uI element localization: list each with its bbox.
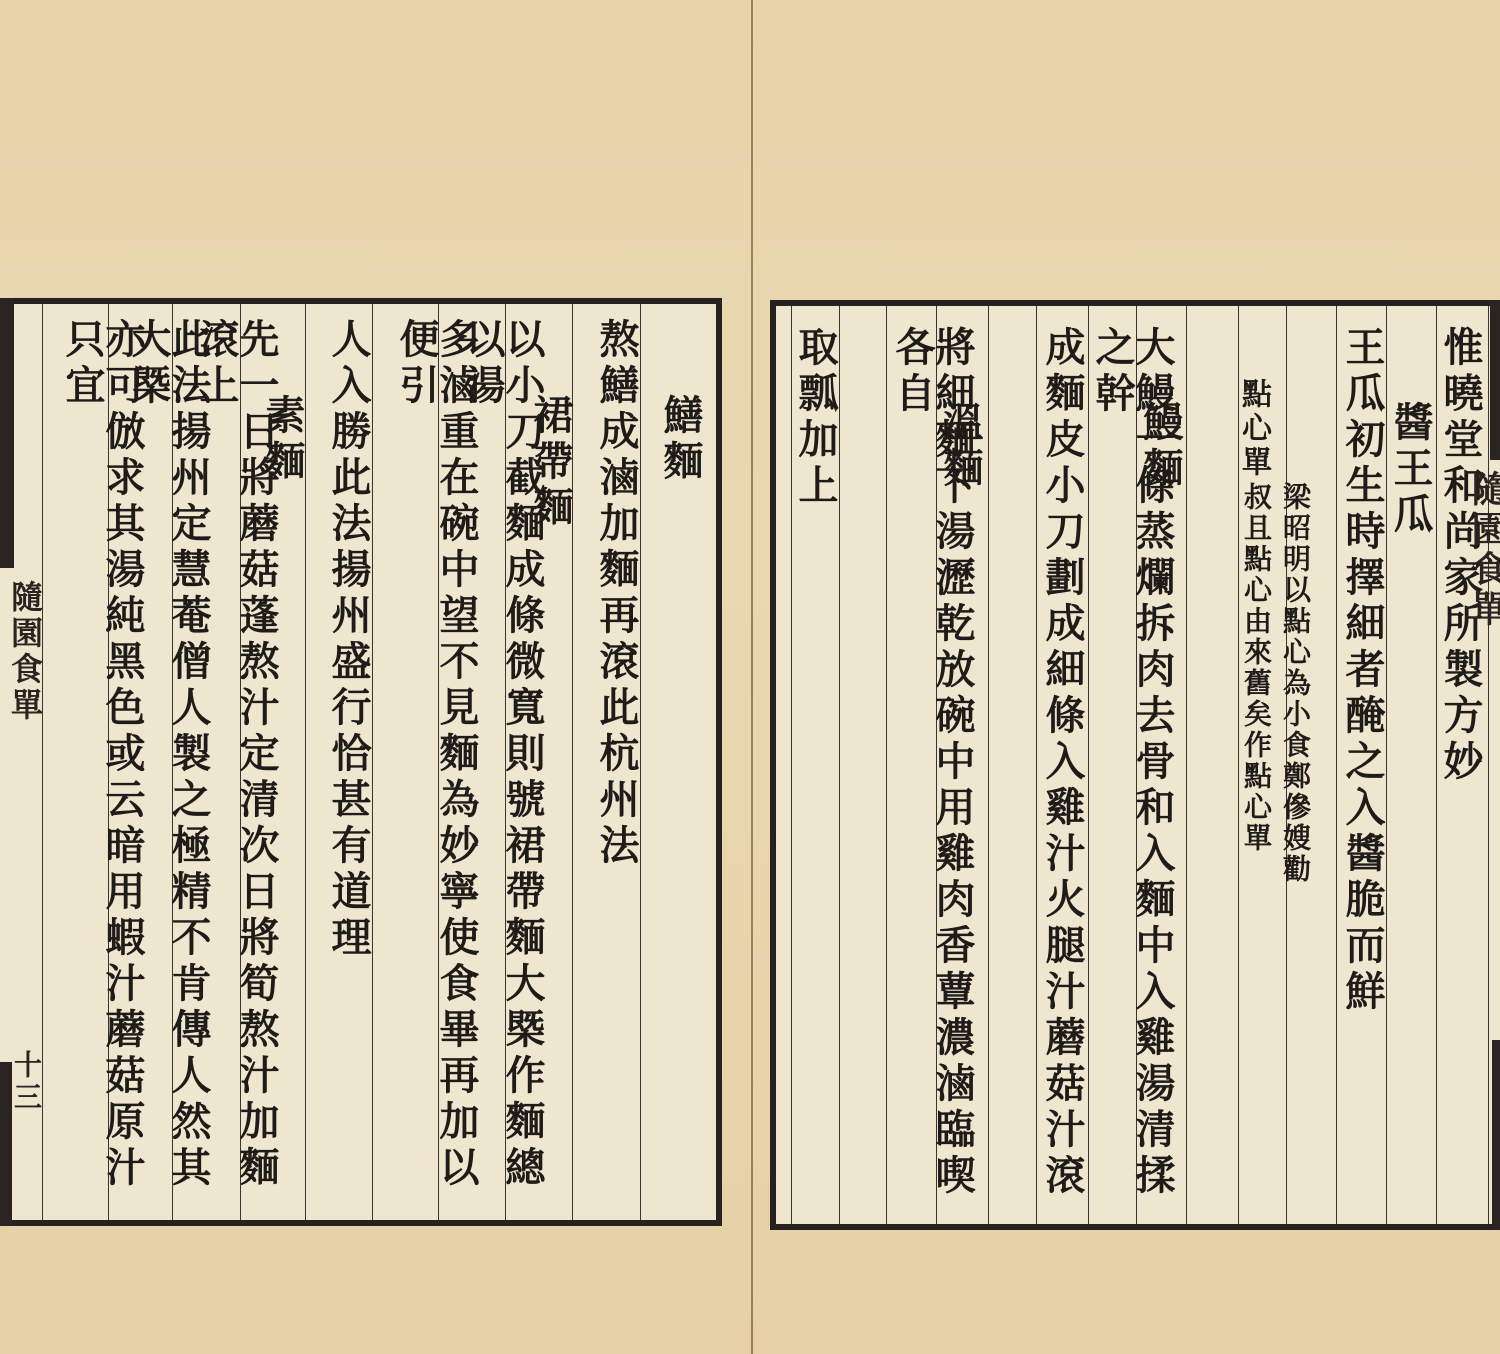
annotation-column: 梁昭明以點心為小食鄭傪嫂勸 (1281, 482, 1309, 885)
column-rule (372, 304, 373, 1220)
text-column: 取瓢加上 (795, 326, 835, 510)
left-page-frame: 鱔麵 熬鱔成滷加麵再滾此杭州法 裙帶麵 以小刀截麵成條微寬則號裙帶麵大槩作麵總以… (0, 298, 722, 1226)
banxin-title: 隨園食單 (1462, 470, 1500, 630)
fishtail-mark (0, 298, 14, 568)
column-rule (1036, 306, 1037, 1224)
text-column: 熬鱔成滷加麵再滾此杭州法 (596, 318, 636, 870)
banxin-title: 隨園食單 (2, 580, 48, 724)
fishtail-mark (1492, 1040, 1500, 1230)
text-column: 王瓜初生時擇細者醃之入醬脆而鮮 (1342, 326, 1382, 1016)
fishtail-mark (0, 1062, 12, 1226)
fishtail-mark (1490, 300, 1500, 460)
book-spine (751, 0, 753, 1354)
column-rule (839, 306, 840, 1224)
text-column: 人入勝此法揚州盛行恰甚有道理 (328, 318, 368, 962)
heading-column: 醬王瓜 (1390, 401, 1430, 539)
column-rule (1336, 306, 1337, 1224)
section-title: 點心單 (1238, 378, 1268, 480)
text-column: 多滷重在碗中望不見麵為妙寧使食畢再加以便引 (396, 318, 476, 1220)
text-column: 亦可倣求其湯純黑色或云暗用蝦汁蘑菇原汁只宜 (62, 318, 142, 1220)
right-page-frame: 惟曉堂和尚家所製方妙 醬王瓜 王瓜初生時擇細者醃之入醬脆而鮮 點心單 梁昭明以點… (770, 300, 1500, 1230)
page-number: 十三 (6, 1050, 46, 1114)
text-column: 大鰻一條蒸爛拆肉去骨和入麵中入雞湯清揉之幹 (1092, 326, 1172, 1224)
column-rule (1488, 306, 1489, 1224)
column-rule (1186, 306, 1187, 1224)
text-column: 成麵皮小刀劃成細條入雞汁火腿汁蘑菇汁滾 (1042, 326, 1082, 1200)
text-column: 將細麵下湯瀝乾放碗中用雞肉香蕈濃滷臨喫各自 (892, 326, 972, 1224)
heading-column: 鱔麵 (660, 394, 700, 486)
column-rule (988, 306, 989, 1224)
column-rule (886, 306, 887, 1224)
column-rule (1088, 306, 1089, 1224)
annotation-column: 叔且點心由來舊矣作點心單 (1242, 482, 1270, 854)
column-rule (640, 304, 641, 1220)
